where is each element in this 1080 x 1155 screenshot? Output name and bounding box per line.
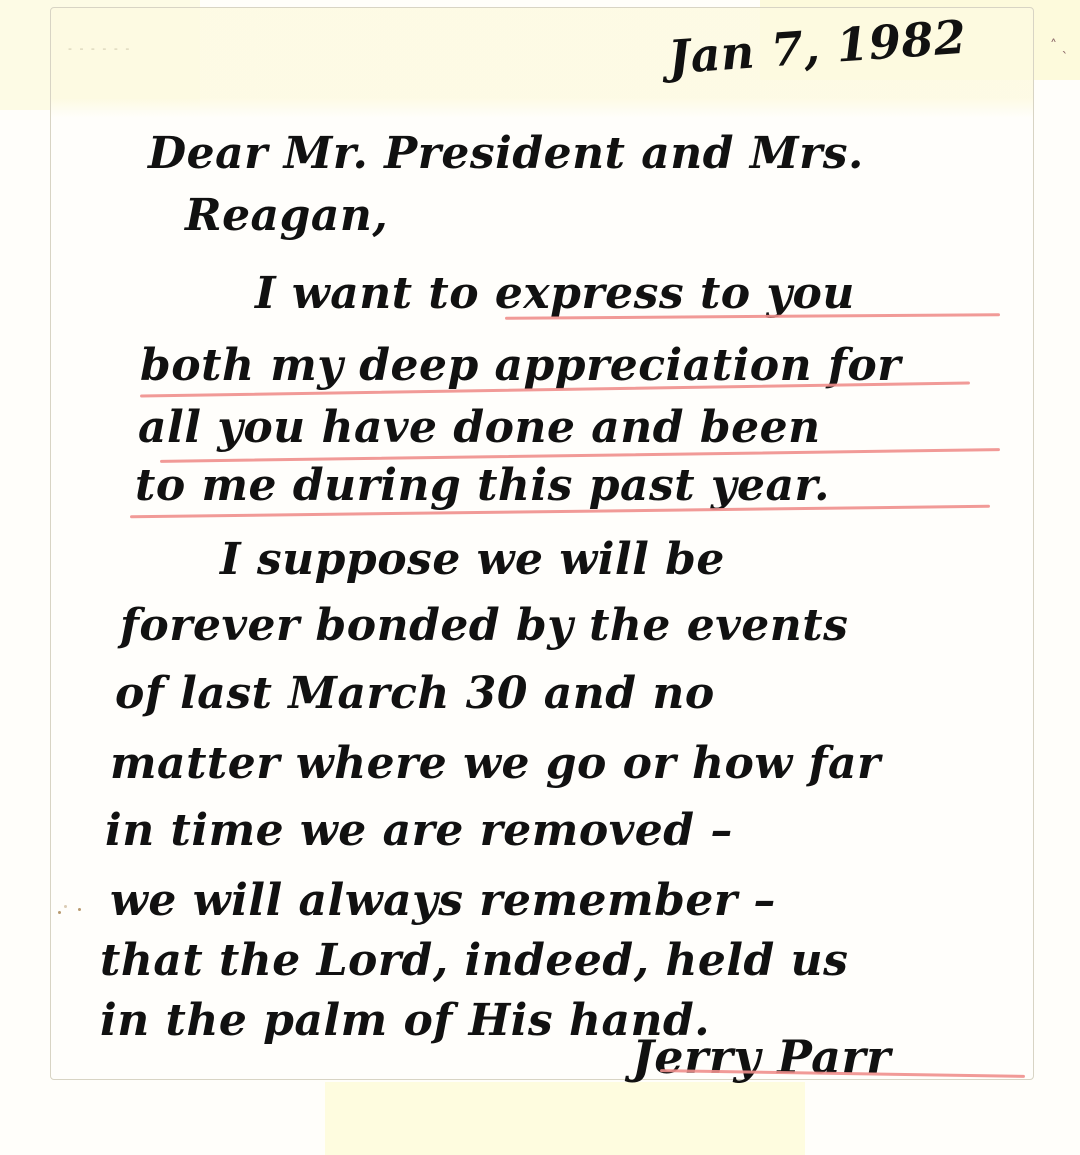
- body-line-9: in time we are removed –: [105, 805, 733, 856]
- salutation-line-1: Dear Mr. President and Mrs.: [148, 128, 864, 179]
- body-line-8: matter where we go or how far: [110, 738, 881, 789]
- faint-margin-mark: - - - - - -: [68, 42, 131, 55]
- body-line-7: of last March 30 and no: [115, 668, 715, 719]
- signature: Jerry Parr: [632, 1030, 891, 1084]
- tape-residue-bottom: [325, 1082, 805, 1155]
- body-line-1: I want to express to you: [255, 268, 855, 319]
- body-line-12: in the palm of His hand.: [100, 995, 710, 1046]
- body-line-5: I suppose we will be: [220, 534, 725, 585]
- salutation-line-2: Reagan,: [185, 190, 388, 241]
- body-line-6: forever bonded by the events: [120, 600, 848, 651]
- body-line-3: all you have done and been: [138, 402, 821, 453]
- edge-mark: ˄ ˎ: [1050, 38, 1068, 54]
- body-line-4: to me during this past year.: [135, 460, 830, 511]
- body-line-11: that the Lord, indeed, held us: [100, 935, 848, 986]
- body-line-10: we will always remember –: [110, 875, 776, 926]
- paper-specks: [56, 905, 86, 925]
